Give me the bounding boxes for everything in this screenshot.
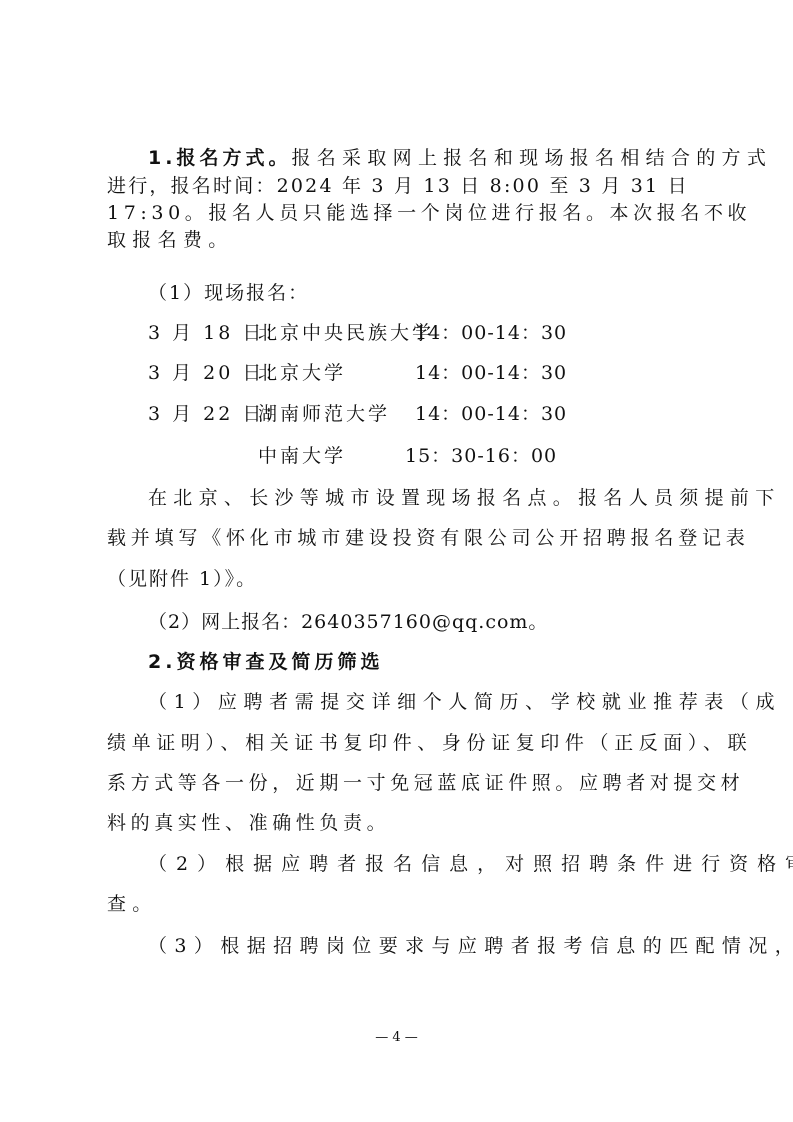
paragraph-line: 17:30。报名人员只能选择一个岗位进行报名。本次报名不收 (107, 201, 751, 225)
schedule-time: 14：00-14：30 (415, 361, 567, 385)
schedule-time: 14：00-14：30 (415, 321, 567, 345)
schedule-place: 北京中央民族大学 (258, 321, 434, 345)
schedule-time: 15：30-16：00 (405, 444, 557, 468)
schedule-place: 北京大学 (258, 361, 346, 385)
paragraph-line: 料的真实性、准确性负责。 (107, 811, 390, 835)
paragraph-line: 绩单证明）、相关证书复印件、身份证复印件（正反面）、联 (107, 731, 752, 755)
paragraph-line: 取报名费。 (107, 228, 234, 252)
section1-first-line: 1.报名方式。报名采取网上报名和现场报名相结合的方式 (148, 146, 772, 170)
paragraph-text: 报名采取网上报名和现场报名相结合的方式 (291, 147, 772, 169)
paragraph-line: 进行，报名时间：2024 年 3 月 13 日 8:00 至 3 月 31 日 (107, 174, 689, 198)
paragraph-line: （见附件 1）》。 (107, 567, 257, 591)
page-number: — 4 — (0, 1030, 793, 1045)
paragraph-line: 系方式等各一份，近期一寸免冠蓝底证件照。应聘者对提交材 (107, 771, 744, 795)
schedule-place: 湖南师范大学 (258, 402, 390, 426)
paragraph-line: （3）根据招聘岗位要求与应聘者报考信息的匹配情况， (148, 934, 793, 958)
schedule-place: 中南大学 (258, 444, 346, 468)
onsite-title: （1）现场报名： (148, 281, 309, 305)
schedule-time: 14：00-14：30 (415, 402, 567, 426)
paragraph-line: 查。 (107, 892, 158, 916)
paragraph-line: 载并填写《怀化市城市建设投资有限公司公开招聘报名登记表 (107, 526, 750, 550)
paragraph-line: （1）应聘者需提交详细个人简历、学校就业推荐表（成 (148, 690, 781, 714)
online-registration: （2）网上报名：2640357160@qq.com。 (148, 610, 548, 634)
paragraph-line: 在北京、长沙等城市设置现场报名点。报名人员须提前下 (148, 486, 781, 510)
section2-heading: 2.资格审查及简历筛选 (148, 650, 383, 674)
section1-heading: 1.报名方式。 (148, 147, 291, 169)
paragraph-line: （2）根据应聘者报名信息，对照招聘条件进行资格审 (148, 852, 793, 876)
